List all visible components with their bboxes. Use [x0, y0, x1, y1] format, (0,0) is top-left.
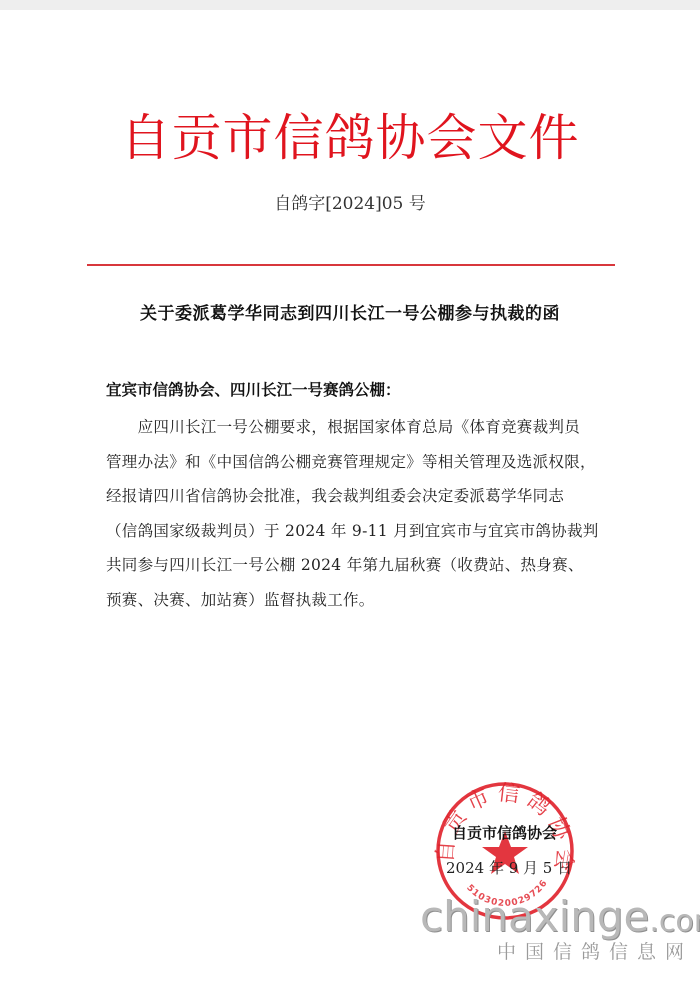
header-divider — [87, 264, 615, 266]
body-line: 应四川长江一号公棚要求，根据国家体育总局《体育竞赛裁判员 — [106, 410, 596, 445]
signature-date: 2024 年 9 月 5 日 — [446, 858, 572, 878]
letter-title: 关于委派葛学华同志到四川长江一号公棚参与执裁的函 — [0, 302, 700, 326]
body-line: 预赛、决赛、加站赛）监督执裁工作。 — [106, 583, 596, 618]
body-line: 共同参与四川长江一号公棚 2024 年第九届秋赛（收费站、热身赛、 — [106, 548, 596, 583]
addressee: 宜宾市信鸽协会、四川长江一号赛鸽公棚： — [106, 379, 401, 401]
document-header-title: 自贡市信鸽协会文件 — [0, 108, 700, 168]
document-number: 自鸽字[2024]05 号 — [0, 192, 700, 216]
letter-body: 应四川长江一号公棚要求，根据国家体育总局《体育竞赛裁判员 管理办法》和《中国信鸽… — [106, 410, 596, 618]
body-line: （信鸽国家级裁判员）于 2024 年 9-11 月到宜宾市与宜宾市鸽协裁判 — [106, 514, 596, 549]
body-line: 经报请四川省信鸽协会批准，我会裁判组委会决定委派葛学华同志 — [106, 479, 596, 514]
watermark-tld: .com — [649, 904, 700, 939]
top-bar — [0, 0, 700, 10]
watermark-main: chinaxinge — [420, 892, 649, 941]
watermark-logo: chinaxinge.com — [420, 894, 700, 945]
body-line: 管理办法》和《中国信鸽公棚竞赛管理规定》等相关管理及选派权限， — [106, 445, 596, 480]
watermark-cn: 中国信鸽信息网 — [497, 940, 693, 964]
signature-org: 自贡市信鸽协会 — [452, 823, 557, 843]
